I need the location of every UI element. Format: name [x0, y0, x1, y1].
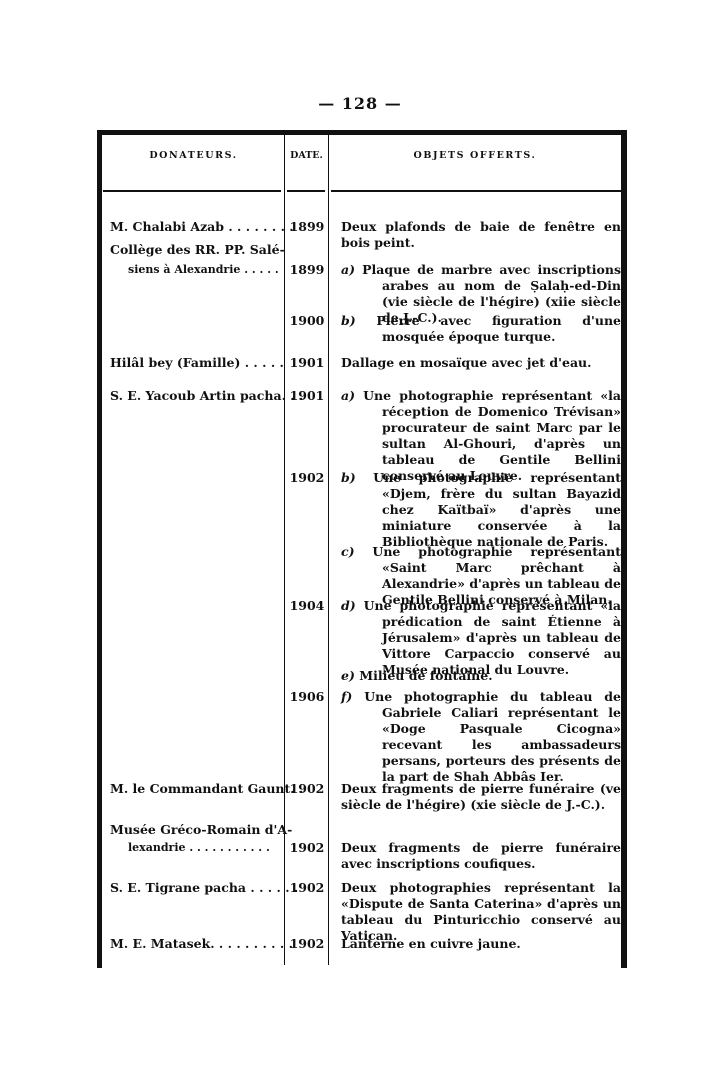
- object-description: Une photographie représentant «la récept…: [363, 388, 621, 483]
- header-rule-objects: [331, 190, 621, 192]
- entry-label: b): [341, 470, 356, 485]
- donor-name: M. Chalabi Azab . . . . . . . .: [110, 219, 280, 235]
- entry-label: a): [341, 388, 355, 403]
- header-objects: OBJETS OFFERTS.: [329, 150, 621, 161]
- date-cell: 1899: [286, 262, 328, 278]
- object-description: Deux fragments de pierre funéraire avec …: [341, 840, 621, 872]
- object-entry: d) Une photographie représentant «la pré…: [341, 598, 621, 678]
- header-rule-donors: [103, 190, 281, 192]
- object-entry: f) Une photographie du tableau de Gabrie…: [341, 689, 621, 785]
- donor-name: M. E. Matasek. . . . . . . . . .: [110, 936, 280, 952]
- donor-name-line1: Collège des RR. PP. Salé-: [110, 242, 280, 258]
- date-cell: 1902: [286, 781, 328, 797]
- object-description: Lanterne en cuivre jaune.: [341, 936, 621, 952]
- object-description: Milieu de fontaine.: [359, 668, 492, 683]
- date-cell: 1901: [286, 355, 328, 371]
- object-entry: e) Milieu de fontaine.: [341, 668, 621, 684]
- date-cell: 1902: [286, 880, 328, 896]
- header-date: DATE.: [285, 150, 328, 161]
- entry-label: e): [341, 668, 355, 683]
- entry-label: f): [341, 689, 352, 704]
- header-donors: DONATEURS.: [103, 150, 284, 161]
- date-cell: 1901: [286, 388, 328, 404]
- object-description: Deux photographies représentant la «Disp…: [341, 880, 621, 944]
- object-description: Une photographie représentant «la prédic…: [364, 598, 621, 677]
- entry-label: d): [341, 598, 356, 613]
- object-description: Une photographie représentant «Djem, frè…: [373, 470, 621, 549]
- object-description: Une photographie du tableau de Gabriele …: [364, 689, 621, 784]
- donor-name-line2: lexandrie . . . . . . . . . . .: [128, 840, 298, 856]
- donor-name: S. E. Tigrane pacha . . . . . .: [110, 880, 280, 896]
- date-cell: 1899: [286, 219, 328, 235]
- entry-label: b): [341, 313, 356, 328]
- header-rule-date: [287, 190, 325, 192]
- date-cell: 1902: [286, 470, 328, 486]
- date-cell: 1904: [286, 598, 328, 614]
- entry-label: a): [341, 262, 355, 277]
- object-description: Pierre avec figuration d'une mosquée épo…: [376, 313, 621, 344]
- column-divider-2: [328, 135, 329, 965]
- date-cell: 1902: [286, 936, 328, 952]
- donor-name: S. E. Yacoub Artin pacha. . .: [110, 388, 280, 404]
- page-number: — 128 —: [0, 94, 720, 113]
- donor-name-line1: Musée Gréco-Romain d'A-: [110, 822, 280, 838]
- donor-name-line2: siens à Alexandrie . . . . .: [128, 262, 298, 278]
- donor-name: Hilâl bey (Famille) . . . . .: [110, 355, 280, 371]
- entry-label: c): [341, 544, 355, 559]
- object-entry: b) Une photographie représentant «Djem, …: [341, 470, 621, 550]
- object-description: Dallage en mosaïque avec jet d'eau.: [341, 355, 621, 371]
- object-description: Deux fragments de pierre funéraire (ve s…: [341, 781, 621, 813]
- donor-name: M. le Commandant Gaunt. .: [110, 781, 280, 797]
- object-entry: b) Pierre avec figuration d'une mosquée …: [341, 313, 621, 345]
- date-cell: 1902: [286, 840, 328, 856]
- object-description: Deux plafonds de baie de fenêtre en bois…: [341, 219, 621, 251]
- date-cell: 1906: [286, 689, 328, 705]
- date-cell: 1900: [286, 313, 328, 329]
